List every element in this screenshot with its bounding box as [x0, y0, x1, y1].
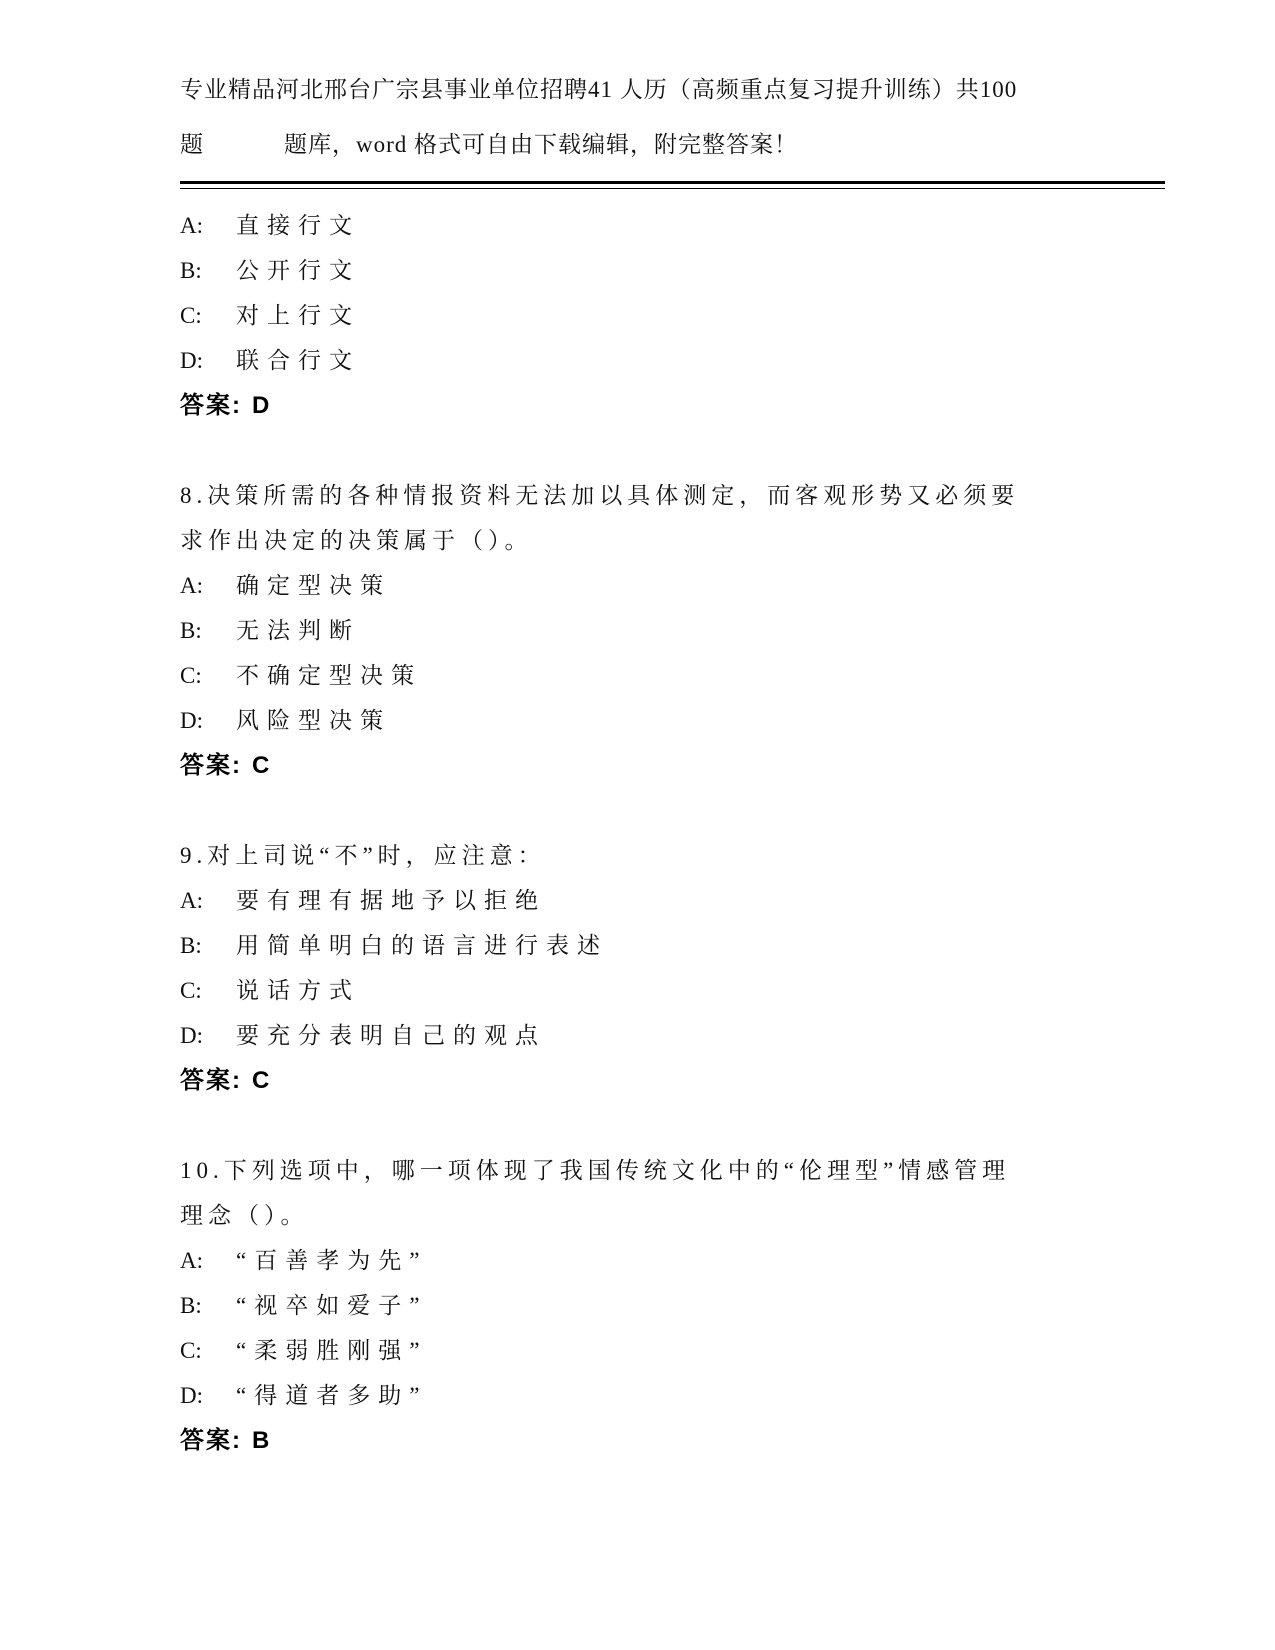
header-line2-rest: 题库，word 格式可自由下载编辑，附完整答案！ [284, 132, 798, 157]
option-row: D: 要充分表明自己的观点 [180, 1013, 1190, 1058]
answer-row: 答案:D [180, 383, 1190, 428]
document-page: 专业精品河北邢台广宗县事业单位招聘41 人历（高频重点复习提升训练）共100 题… [0, 0, 1275, 1650]
question-block-7: A: 直接行文 B: 公开行文 C: 对上行文 D: 联合行文 答案:D [180, 203, 1190, 428]
answer-label: 答案: [180, 392, 242, 419]
option-row: C: 不确定型决策 [180, 653, 1190, 698]
option-text: “视卒如爱子” [236, 1283, 427, 1328]
page-content: 专业精品河北邢台广宗县事业单位招聘41 人历（高频重点复习提升训练）共100 题… [0, 0, 1190, 1463]
option-letter: C: [180, 293, 236, 338]
option-text: 风险型决策 [236, 698, 391, 743]
option-row: C: 对上行文 [180, 293, 1190, 338]
option-row: D: “得道者多助” [180, 1373, 1190, 1418]
answer-value: C [252, 1067, 271, 1094]
option-letter: D: [180, 1373, 236, 1418]
option-row: C: 说话方式 [180, 968, 1190, 1013]
option-text: 不确定型决策 [236, 653, 422, 698]
option-letter: D: [180, 1013, 236, 1058]
option-letter: C: [180, 968, 236, 1013]
option-row: B: 无法判断 [180, 608, 1190, 653]
question-text: 9.对上司说“不”时，应注意： [180, 833, 1030, 878]
option-row: A: “百善孝为先” [180, 1238, 1190, 1283]
option-text: 直接行文 [236, 203, 360, 248]
question-block-8: 8.决策所需的各种情报资料无法加以具体测定，而客观形势又必须要求作出决定的决策属… [180, 473, 1190, 788]
option-letter: A: [180, 878, 236, 923]
option-text: “柔弱胜刚强” [236, 1328, 427, 1373]
option-row: B: “视卒如爱子” [180, 1283, 1190, 1328]
header-line2-start: 题 [180, 132, 204, 157]
option-row: C: “柔弱胜刚强” [180, 1328, 1190, 1373]
option-letter: A: [180, 563, 236, 608]
option-letter: A: [180, 1238, 236, 1283]
option-text: 无法判断 [236, 608, 360, 653]
option-letter: D: [180, 698, 236, 743]
option-letter: D: [180, 338, 236, 383]
answer-label: 答案: [180, 752, 242, 779]
option-letter: C: [180, 653, 236, 698]
option-text: 对上行文 [236, 293, 360, 338]
answer-row: 答案:C [180, 1058, 1190, 1103]
option-row: B: 用简单明白的语言进行表述 [180, 923, 1190, 968]
answer-label: 答案: [180, 1067, 242, 1094]
question-text: 8.决策所需的各种情报资料无法加以具体测定，而客观形势又必须要求作出决定的决策属… [180, 473, 1030, 563]
option-letter: B: [180, 608, 236, 653]
header-title-line1: 专业精品河北邢台广宗县事业单位招聘41 人历（高频重点复习提升训练）共100 [180, 62, 1190, 117]
option-letter: B: [180, 923, 236, 968]
question-text: 10.下列选项中，哪一项体现了我国传统文化中的“伦理型”情感管理理念（）。 [180, 1148, 1030, 1238]
answer-label: 答案: [180, 1427, 242, 1454]
answer-value: C [252, 752, 271, 779]
header-title-line2: 题题库，word 格式可自由下载编辑，附完整答案！ [180, 117, 1190, 172]
answer-row: 答案:C [180, 743, 1190, 788]
answer-value: D [252, 392, 271, 419]
option-text: 说话方式 [236, 968, 360, 1013]
question-block-9: 9.对上司说“不”时，应注意： A: 要有理有据地予以拒绝 B: 用简单明白的语… [180, 833, 1190, 1103]
option-row: D: 联合行文 [180, 338, 1190, 383]
option-row: B: 公开行文 [180, 248, 1190, 293]
option-text: 要有理有据地予以拒绝 [236, 878, 546, 923]
option-letter: C: [180, 1328, 236, 1373]
option-row: D: 风险型决策 [180, 698, 1190, 743]
option-letter: A: [180, 203, 236, 248]
answer-value: B [252, 1427, 271, 1454]
option-text: 确定型决策 [236, 563, 391, 608]
option-text: “得道者多助” [236, 1373, 427, 1418]
question-block-10: 10.下列选项中，哪一项体现了我国传统文化中的“伦理型”情感管理理念（）。 A:… [180, 1148, 1190, 1463]
answer-row: 答案:B [180, 1418, 1190, 1463]
option-text: 公开行文 [236, 248, 360, 293]
option-text: 联合行文 [236, 338, 360, 383]
option-letter: B: [180, 248, 236, 293]
doc-header: 专业精品河北邢台广宗县事业单位招聘41 人历（高频重点复习提升训练）共100 题… [180, 62, 1190, 172]
option-text: 要充分表明自己的观点 [236, 1013, 546, 1058]
header-separator-line [180, 181, 1165, 189]
option-text: 用简单明白的语言进行表述 [236, 923, 608, 968]
option-row: A: 确定型决策 [180, 563, 1190, 608]
option-letter: B: [180, 1283, 236, 1328]
option-row: A: 直接行文 [180, 203, 1190, 248]
option-text: “百善孝为先” [236, 1238, 427, 1283]
option-row: A: 要有理有据地予以拒绝 [180, 878, 1190, 923]
